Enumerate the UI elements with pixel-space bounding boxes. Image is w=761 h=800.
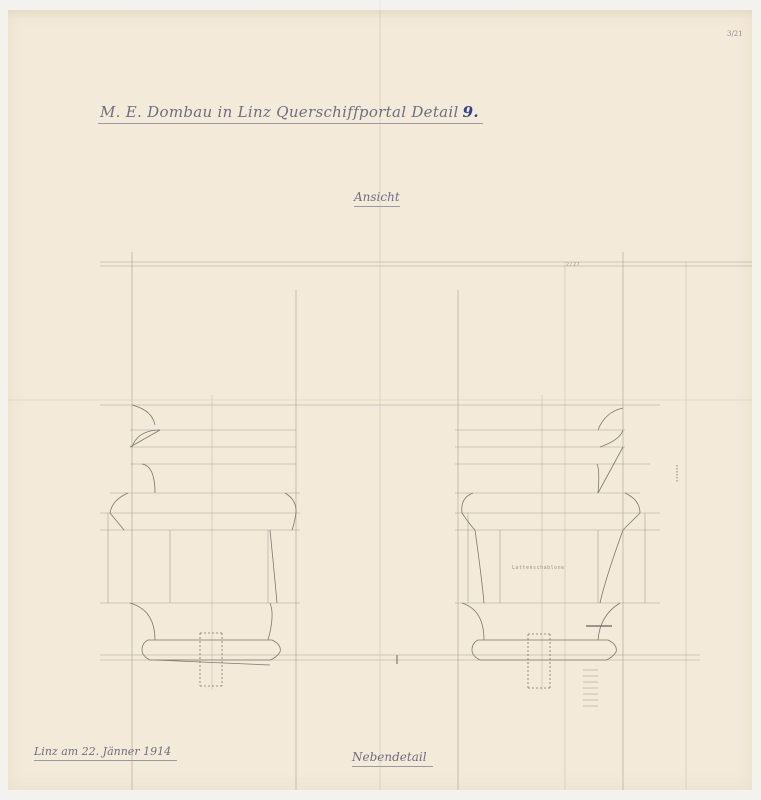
center-annotation: Lattenschablone — [512, 565, 565, 571]
top-mark-annotation: 2/27 — [566, 262, 580, 268]
date-label: Linz am 22. Jänner 1914 — [34, 745, 177, 761]
sheet-number: 3/21 — [727, 30, 743, 38]
hatching — [397, 465, 677, 706]
paper-folds — [8, 10, 752, 790]
right-capital-profile — [462, 408, 640, 688]
detail-number: 9. — [463, 103, 479, 121]
view-label: Ansicht — [354, 190, 400, 207]
title-text: M. E. Dombau in Linz Querschiffportal De… — [100, 103, 459, 121]
drawing-title: M. E. Dombau in Linz Querschiffportal De… — [98, 103, 483, 124]
side-label: Nebendetail — [352, 750, 433, 767]
